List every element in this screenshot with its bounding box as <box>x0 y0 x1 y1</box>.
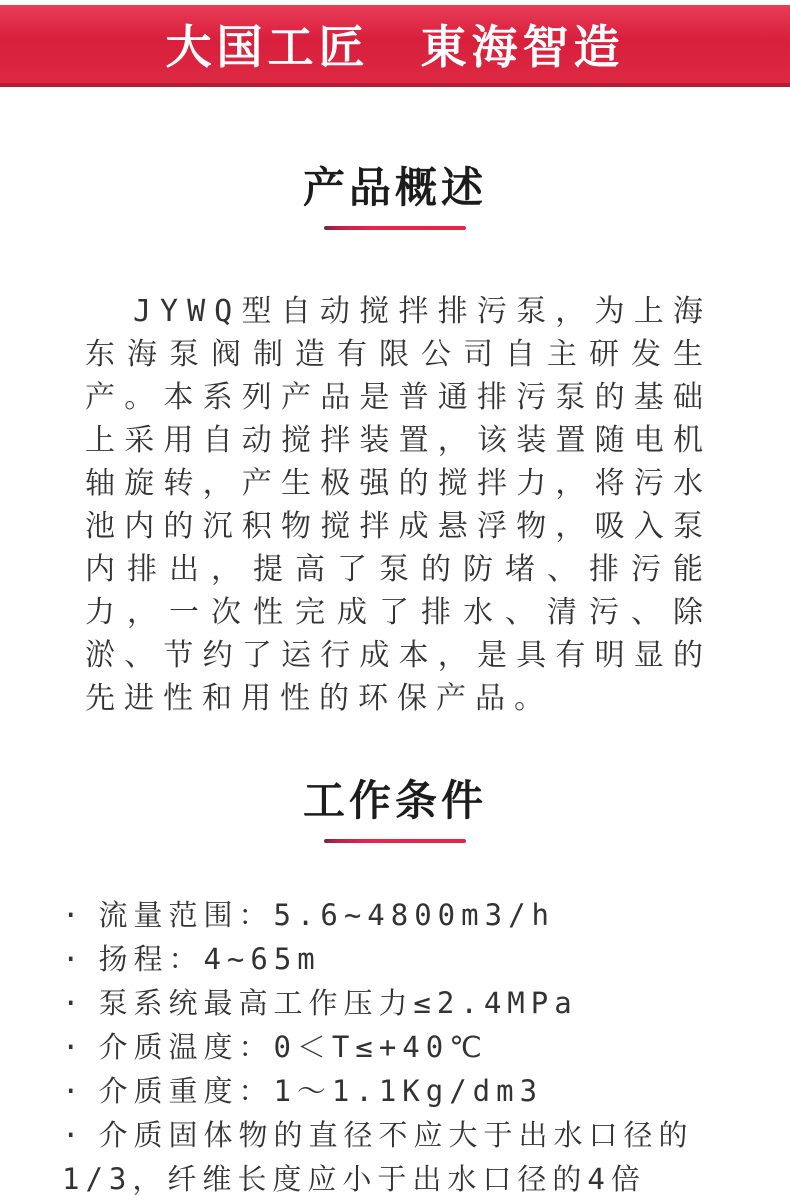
bullet-marker: · <box>62 1074 85 1108</box>
brand-banner: 大国工匠 東海智造 <box>0 5 790 87</box>
condition-item-text: 扬程：4~65m <box>98 942 320 976</box>
bullet-marker: · <box>62 1118 85 1152</box>
bullet-marker: · <box>62 986 85 1020</box>
condition-list-item: ·介质重度：1～1.1Kg/dm3 <box>62 1069 732 1113</box>
condition-item-text: 流量范围：5.6~4800m3/h <box>98 898 555 932</box>
overview-paragraph: JYWQ型自动搅拌排污泵，为上海东海泵阀制造有限公司自主研发生产。本系列产品是普… <box>85 290 712 720</box>
condition-item-text: 介质固体物的直径不应大于出水口径的1/3，纤维长度应小于出水口径的4倍 <box>62 1118 693 1195</box>
conditions-heading: 工作条件 <box>0 776 790 826</box>
bullet-marker: · <box>62 942 85 976</box>
condition-list-item: ·流量范围：5.6~4800m3/h <box>62 893 732 937</box>
conditions-list: ·流量范围：5.6~4800m3/h ·扬程：4~65m ·泵系统最高工作压力≤… <box>62 893 732 1195</box>
condition-item-text: 介质重度：1～1.1Kg/dm3 <box>98 1074 543 1108</box>
bullet-marker: · <box>62 898 85 932</box>
condition-item-text: 介质温度：0＜T≤+40℃ <box>98 1030 487 1064</box>
condition-list-item: ·介质固体物的直径不应大于出水口径的1/3，纤维长度应小于出水口径的4倍 <box>62 1113 732 1195</box>
condition-list-item: ·介质温度：0＜T≤+40℃ <box>62 1025 732 1069</box>
condition-list-item: ·扬程：4~65m <box>62 937 732 981</box>
overview-heading-underline <box>324 226 466 230</box>
condition-list-item: ·泵系统最高工作压力≤2.4MPa <box>62 981 732 1025</box>
condition-item-text: 泵系统最高工作压力≤2.4MPa <box>98 986 577 1020</box>
overview-heading: 产品概述 <box>0 163 790 213</box>
brand-banner-title: 大国工匠 東海智造 <box>166 11 625 77</box>
section-working-conditions: 工作条件 ·流量范围：5.6~4800m3/h ·扬程：4~65m ·泵系统最高… <box>0 776 790 1195</box>
section-product-overview: 产品概述 JYWQ型自动搅拌排污泵，为上海东海泵阀制造有限公司自主研发生产。本系… <box>0 163 790 720</box>
bullet-marker: · <box>62 1030 85 1064</box>
conditions-heading-underline <box>324 839 466 843</box>
